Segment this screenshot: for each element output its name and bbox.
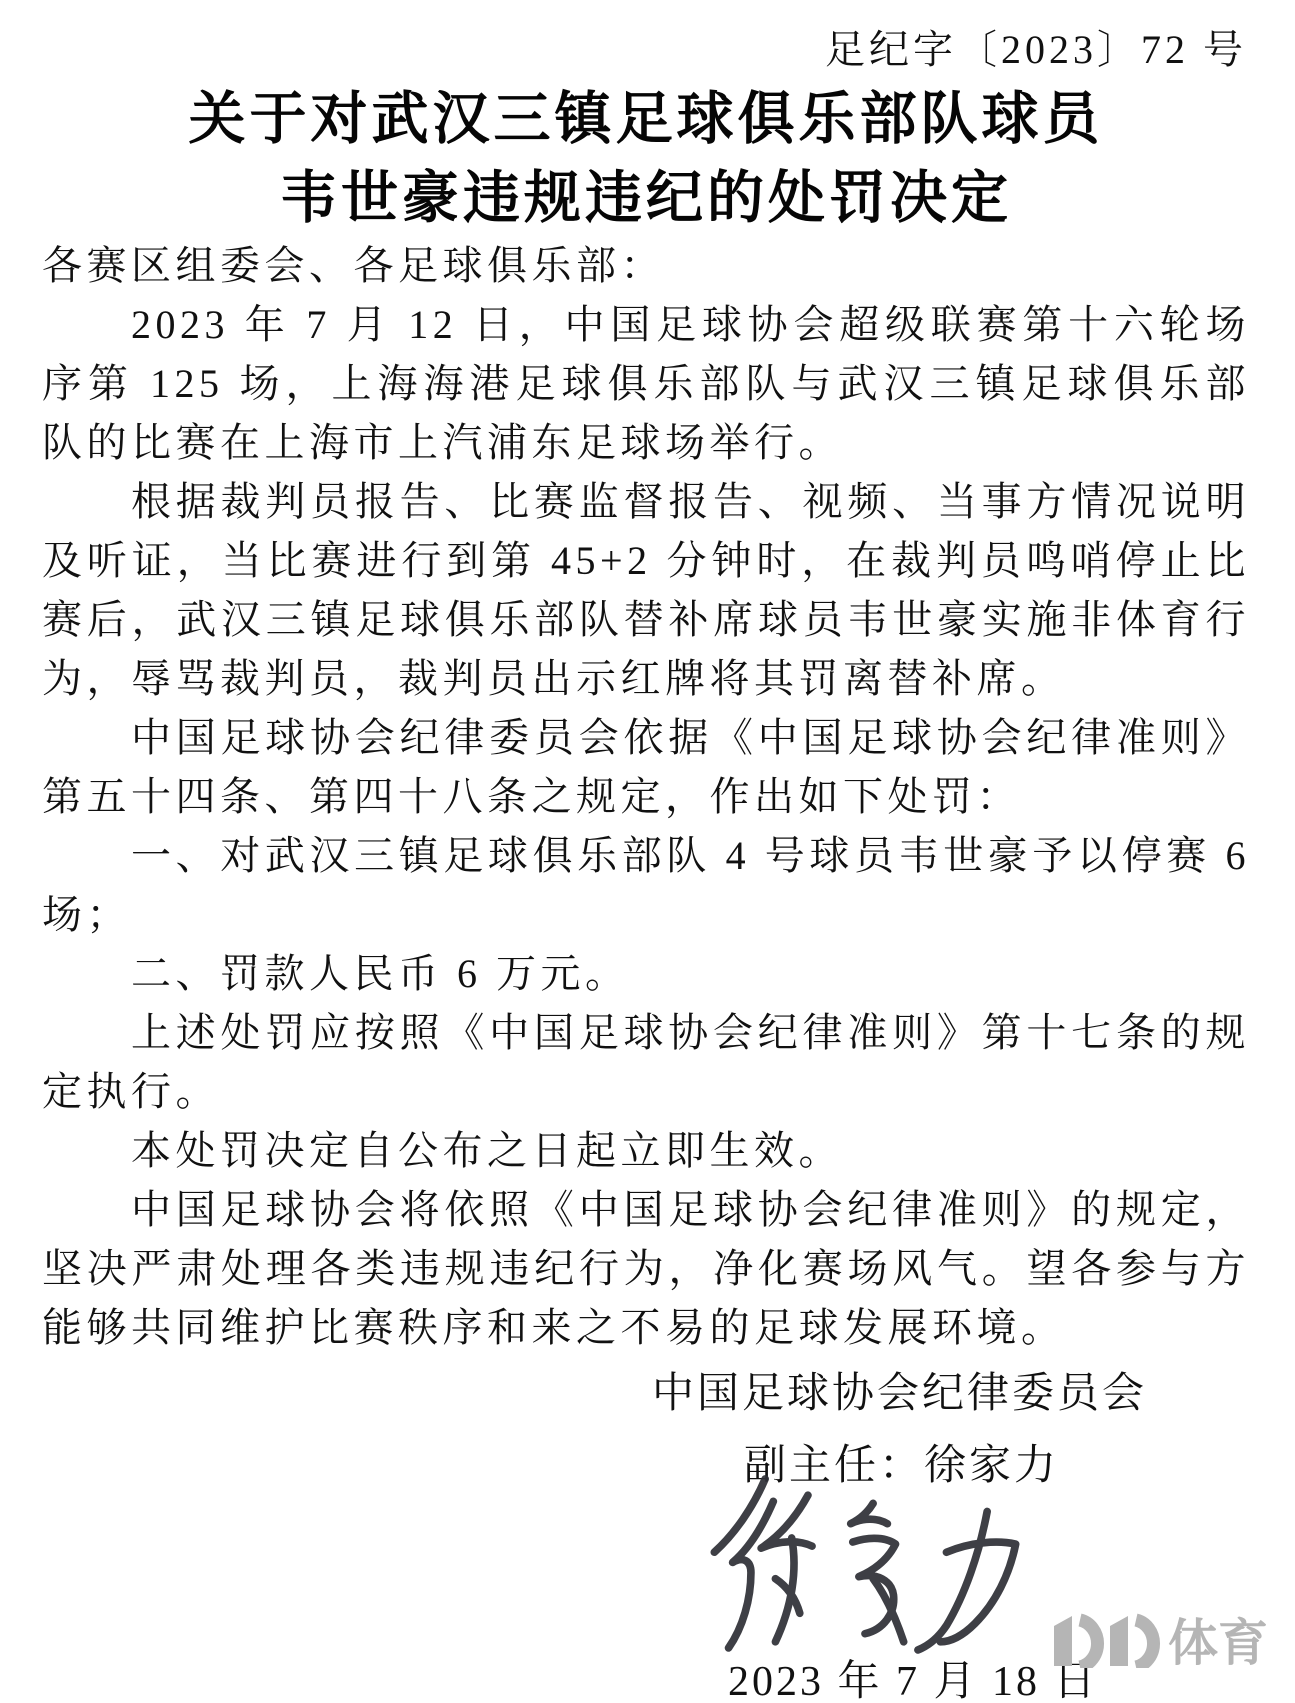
paragraph-8: 中国足球协会将依照《中国足球协会纪律准则》的规定，坚决严肃处理各类违规违纪行为，…: [42, 1180, 1250, 1357]
document-page: 足纪字〔2023〕72 号 关于对武汉三镇足球俱乐部队球员 韦世豪违规违纪的处罚…: [0, 0, 1295, 1703]
paragraph-5: 二、罚款人民币 6 万元。: [42, 944, 1250, 1003]
paragraph-4: 一、对武汉三镇足球俱乐部队 4 号球员韦世豪予以停赛 6 场；: [42, 826, 1250, 944]
handwritten-signature: [698, 1472, 1034, 1662]
signature-strokes: [714, 1479, 1015, 1650]
paragraph-2: 根据裁判员报告、比赛监督报告、视频、当事方情况说明及听证，当比赛进行到第 45+…: [42, 472, 1250, 708]
doc-number: 足纪字〔2023〕72 号: [42, 18, 1247, 75]
watermark-text: 体育: [1168, 1615, 1268, 1668]
document-body: 各赛区组委会、各足球俱乐部： 2023 年 7 月 12 日，中国足球协会超级联…: [42, 236, 1250, 1357]
paragraph-7: 本处罚决定自公布之日起立即生效。: [42, 1121, 1250, 1180]
watermark: 体育: [1050, 1608, 1280, 1668]
closing-org: 中国足球协会纪律委员会: [652, 1360, 1147, 1420]
title-line-2: 韦世豪违规违纪的处罚决定: [42, 159, 1250, 238]
pp-logo: [1054, 1616, 1154, 1667]
title-line-1: 关于对武汉三镇足球俱乐部队球员: [42, 80, 1250, 159]
salutation: 各赛区组委会、各足球俱乐部：: [42, 236, 1250, 295]
closing-date: 2023 年 7 月 18 日: [728, 1648, 1099, 1703]
document-title: 关于对武汉三镇足球俱乐部队球员 韦世豪违规违纪的处罚决定: [42, 80, 1250, 238]
paragraph-6: 上述处罚应按照《中国足球协会纪律准则》第十七条的规定执行。: [42, 1003, 1250, 1121]
paragraph-3: 中国足球协会纪律委员会依据《中国足球协会纪律准则》第五十四条、第四十八条之规定，…: [42, 708, 1250, 826]
paragraph-1: 2023 年 7 月 12 日，中国足球协会超级联赛第十六轮场序第 125 场，…: [42, 295, 1250, 472]
